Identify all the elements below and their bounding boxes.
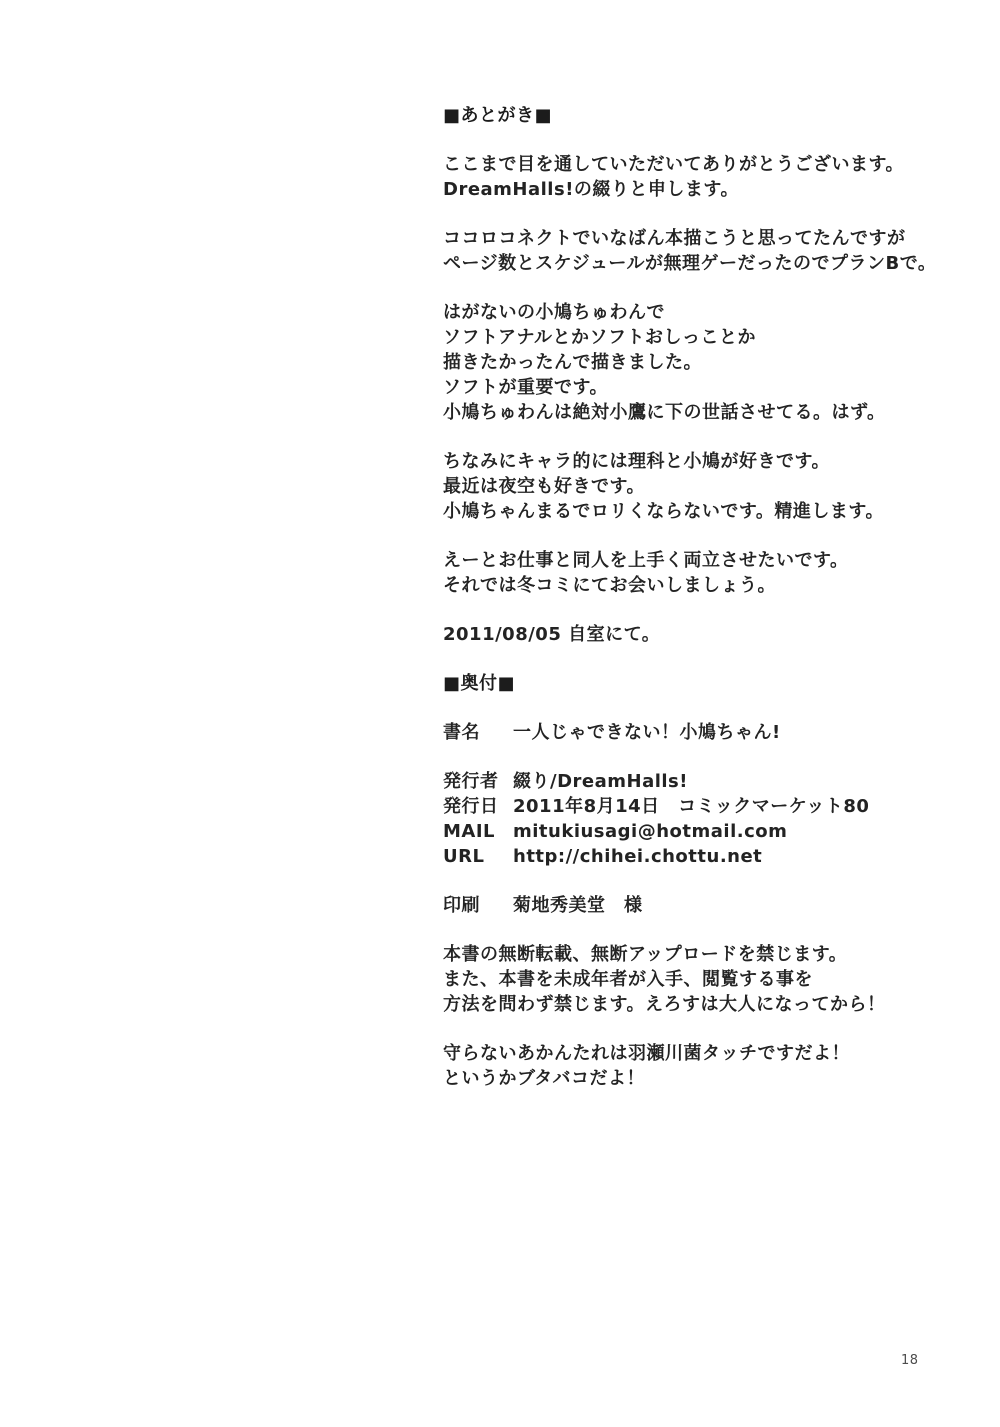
afterword-heading: ■あとがき■ [443, 103, 913, 128]
colophon-field-label: 発行日 [443, 794, 500, 819]
afterword-line: ページ数とスケジュールが無理ゲーだったのでプランBで。 [443, 251, 913, 276]
afterword-line: 描きたかったんで描きました。 [443, 350, 913, 375]
afterword-line: 小鳩ちゃんまるでロリくならないです。精進します。 [443, 499, 913, 524]
colophon-publisher-block: 発行者綴り/DreamHalls! 発行日2011年8月14日 コミックマーケッ… [443, 769, 913, 869]
colophon-note-line: また、本書を未成年者が入手、閲覧する事を [443, 967, 913, 992]
text-column: ■あとがき■ ここまで目を通していただいてありがとうございます。 DreamHa… [443, 103, 913, 1091]
colophon-field-label: 書名 [443, 720, 500, 745]
colophon-note-line: 本書の無断転載、無断アップロードを禁じます。 [443, 942, 913, 967]
colophon-title-field: 書名一人じゃできない！小鳩ちゃん! [443, 720, 913, 745]
colophon-field: 発行者綴り/DreamHalls! [443, 769, 913, 794]
afterword-line: それでは冬コミにてお会いしましょう。 [443, 573, 913, 598]
colophon-field-value: 一人じゃできない！小鳩ちゃん! [513, 722, 781, 743]
afterword-date-line: 2011/08/05 自室にて。 [443, 622, 913, 647]
colophon-field: 書名一人じゃできない！小鳩ちゃん! [443, 720, 913, 745]
colophon-final-note: 守らないあかんたれは羽瀬川菌タッチですだよ！ というかブタバコだよ！ [443, 1041, 913, 1091]
colophon-disclaimer: 本書の無断転載、無断アップロードを禁じます。 また、本書を未成年者が入手、閲覧す… [443, 942, 913, 1017]
afterword-line: ココロコネクトでいなばん本描こうと思ってたんですが [443, 226, 913, 251]
colophon-field: MAILmitukiusagi@hotmail.com [443, 819, 913, 844]
afterword-line: ここまで目を通していただいてありがとうございます。 [443, 152, 913, 177]
colophon-field-label: 印刷 [443, 893, 500, 918]
afterword-line: ソフトアナルとかソフトおしっことか [443, 325, 913, 350]
colophon-section-heading: ■奥付■ [443, 671, 913, 696]
colophon-field-label: 発行者 [443, 769, 500, 794]
afterword-paragraph: えーとお仕事と同人を上手く両立させたいです。 それでは冬コミにてお会いしましょう… [443, 548, 913, 598]
colophon-note-line: 方法を問わず禁じます。えろすは大人になってから！ [443, 992, 913, 1017]
colophon-field-value: 2011年8月14日 コミックマーケット80 [513, 796, 869, 817]
afterword-line: ちなみにキャラ的には理科と小鳩が好きです。 [443, 449, 913, 474]
page-number: 18 [901, 1352, 919, 1370]
afterword-line: DreamHalls!の綴りと申します。 [443, 177, 913, 202]
colophon-heading: ■奥付■ [443, 671, 913, 696]
colophon-note-line: というかブタバコだよ！ [443, 1066, 913, 1091]
colophon-field-label: URL [443, 844, 500, 869]
colophon-field-value: 菊地秀美堂 様 [513, 895, 643, 916]
afterword-line: ソフトが重要です。 [443, 375, 913, 400]
colophon-note-line: 守らないあかんたれは羽瀬川菌タッチですだよ！ [443, 1041, 913, 1066]
afterword-paragraph: ココロコネクトでいなばん本描こうと思ってたんですが ページ数とスケジュールが無理… [443, 226, 913, 276]
afterword-line: 小鳩ちゅわんは絶対小鷹に下の世話させてる。はず。 [443, 400, 913, 425]
afterword-line: はがないの小鳩ちゅわんで [443, 300, 913, 325]
colophon-field-label: MAIL [443, 819, 500, 844]
afterword-paragraph: ちなみにキャラ的には理科と小鳩が好きです。 最近は夜空も好きです。 小鳩ちゃんま… [443, 449, 913, 524]
afterword-line: 最近は夜空も好きです。 [443, 474, 913, 499]
afterword-line: えーとお仕事と同人を上手く両立させたいです。 [443, 548, 913, 573]
colophon-field: 発行日2011年8月14日 コミックマーケット80 [443, 794, 913, 819]
colophon-field-value: http://chihei.chottu.net [513, 846, 762, 867]
colophon-field: 印刷菊地秀美堂 様 [443, 893, 913, 918]
colophon-field-value: mitukiusagi@hotmail.com [513, 821, 787, 842]
afterword-section-heading: ■あとがき■ [443, 103, 913, 128]
colophon-field-value: 綴り/DreamHalls! [513, 771, 688, 792]
colophon-field: URLhttp://chihei.chottu.net [443, 844, 913, 869]
afterword-paragraph: はがないの小鳩ちゅわんで ソフトアナルとかソフトおしっことか 描きたかったんで描… [443, 300, 913, 425]
afterword-paragraph: ここまで目を通していただいてありがとうございます。 DreamHalls!の綴り… [443, 152, 913, 202]
colophon-printer-field: 印刷菊地秀美堂 様 [443, 893, 913, 918]
afterword-line: 2011/08/05 自室にて。 [443, 622, 913, 647]
scanned-document-page: ■あとがき■ ここまで目を通していただいてありがとうございます。 DreamHa… [0, 0, 1000, 1427]
